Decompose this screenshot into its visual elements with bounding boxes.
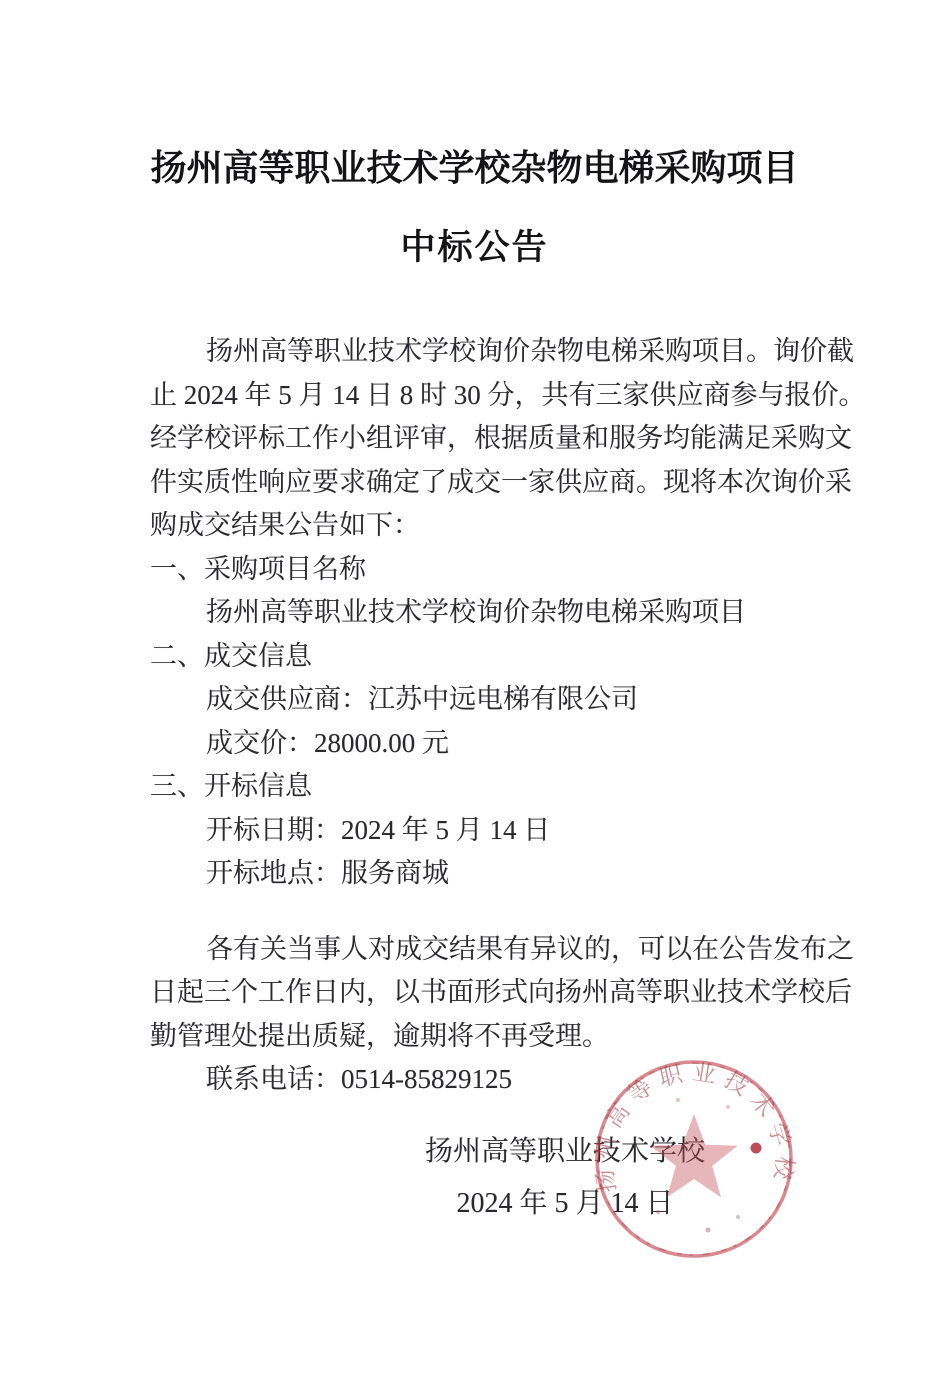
- section-item: 开标地点：服务商城: [150, 852, 830, 896]
- section-project-name: 一、采购项目名称 扬州高等职业技术学校询价杂物电梯采购项目: [150, 548, 830, 635]
- section-heading: 二、成交信息: [150, 635, 830, 679]
- intro-line: 经学校评标工作小组评审，根据质量和服务均能满足采购文: [150, 417, 830, 461]
- contact-phone-line: 联系电话：0514-85829125: [150, 1058, 830, 1102]
- objection-line: 日起三个工作日内，以书面形式向扬州高等职业技术学校后: [150, 971, 830, 1015]
- objection-paragraph: 各有关当事人对成交结果有异议的，可以在公告发布之 日起三个工作日内，以书面形式向…: [150, 928, 830, 1059]
- document-page: 扬州高等职业技术学校杂物电梯采购项目 中标公告 扬州高等职业技术学校询价杂物电梯…: [0, 0, 949, 1378]
- seal-speckle: [726, 1105, 730, 1109]
- intro-line: 购成交结果公告如下：: [150, 504, 830, 548]
- signature-org: 扬州高等职业技术学校: [380, 1126, 750, 1178]
- document-title-line2: 中标公告: [0, 225, 949, 271]
- document-title-line1: 扬州高等职业技术学校杂物电梯采购项目: [0, 145, 949, 191]
- seal-ink-dot: [751, 1143, 762, 1154]
- document-body: 扬州高等职业技术学校询价杂物电梯采购项目。询价截 止 2024 年 5 月 14…: [150, 330, 830, 1102]
- signature-block: 扬州高等职业技术学校 2024 年 5 月 14 日: [380, 1126, 750, 1230]
- signature-date: 2024 年 5 月 14 日: [380, 1178, 750, 1230]
- section-heading: 三、开标信息: [150, 765, 830, 809]
- section-item: 成交价：28000.00 元: [150, 722, 830, 766]
- section-award-info: 二、成交信息 成交供应商：江苏中远电梯有限公司 成交价：28000.00 元: [150, 635, 830, 766]
- intro-line: 件实质性响应要求确定了成交一家供应商。现将本次询价采: [150, 461, 830, 505]
- section-bid-opening-info: 三、开标信息 开标日期：2024 年 5 月 14 日 开标地点：服务商城: [150, 765, 830, 896]
- intro-line: 扬州高等职业技术学校询价杂物电梯采购项目。询价截: [150, 330, 830, 374]
- objection-line: 勤管理处提出质疑，逾期将不再受理。: [150, 1015, 830, 1059]
- section-item: 成交供应商：江苏中远电梯有限公司: [150, 678, 830, 722]
- intro-line: 止 2024 年 5 月 14 日 8 时 30 分，共有三家供应商参与报价。: [150, 374, 830, 418]
- section-item: 开标日期：2024 年 5 月 14 日: [150, 809, 830, 853]
- section-heading: 一、采购项目名称: [150, 548, 830, 592]
- intro-paragraph: 扬州高等职业技术学校询价杂物电梯采购项目。询价截 止 2024 年 5 月 14…: [150, 330, 830, 548]
- section-item: 扬州高等职业技术学校询价杂物电梯采购项目: [150, 591, 830, 635]
- objection-line: 各有关当事人对成交结果有异议的，可以在公告发布之: [150, 928, 830, 972]
